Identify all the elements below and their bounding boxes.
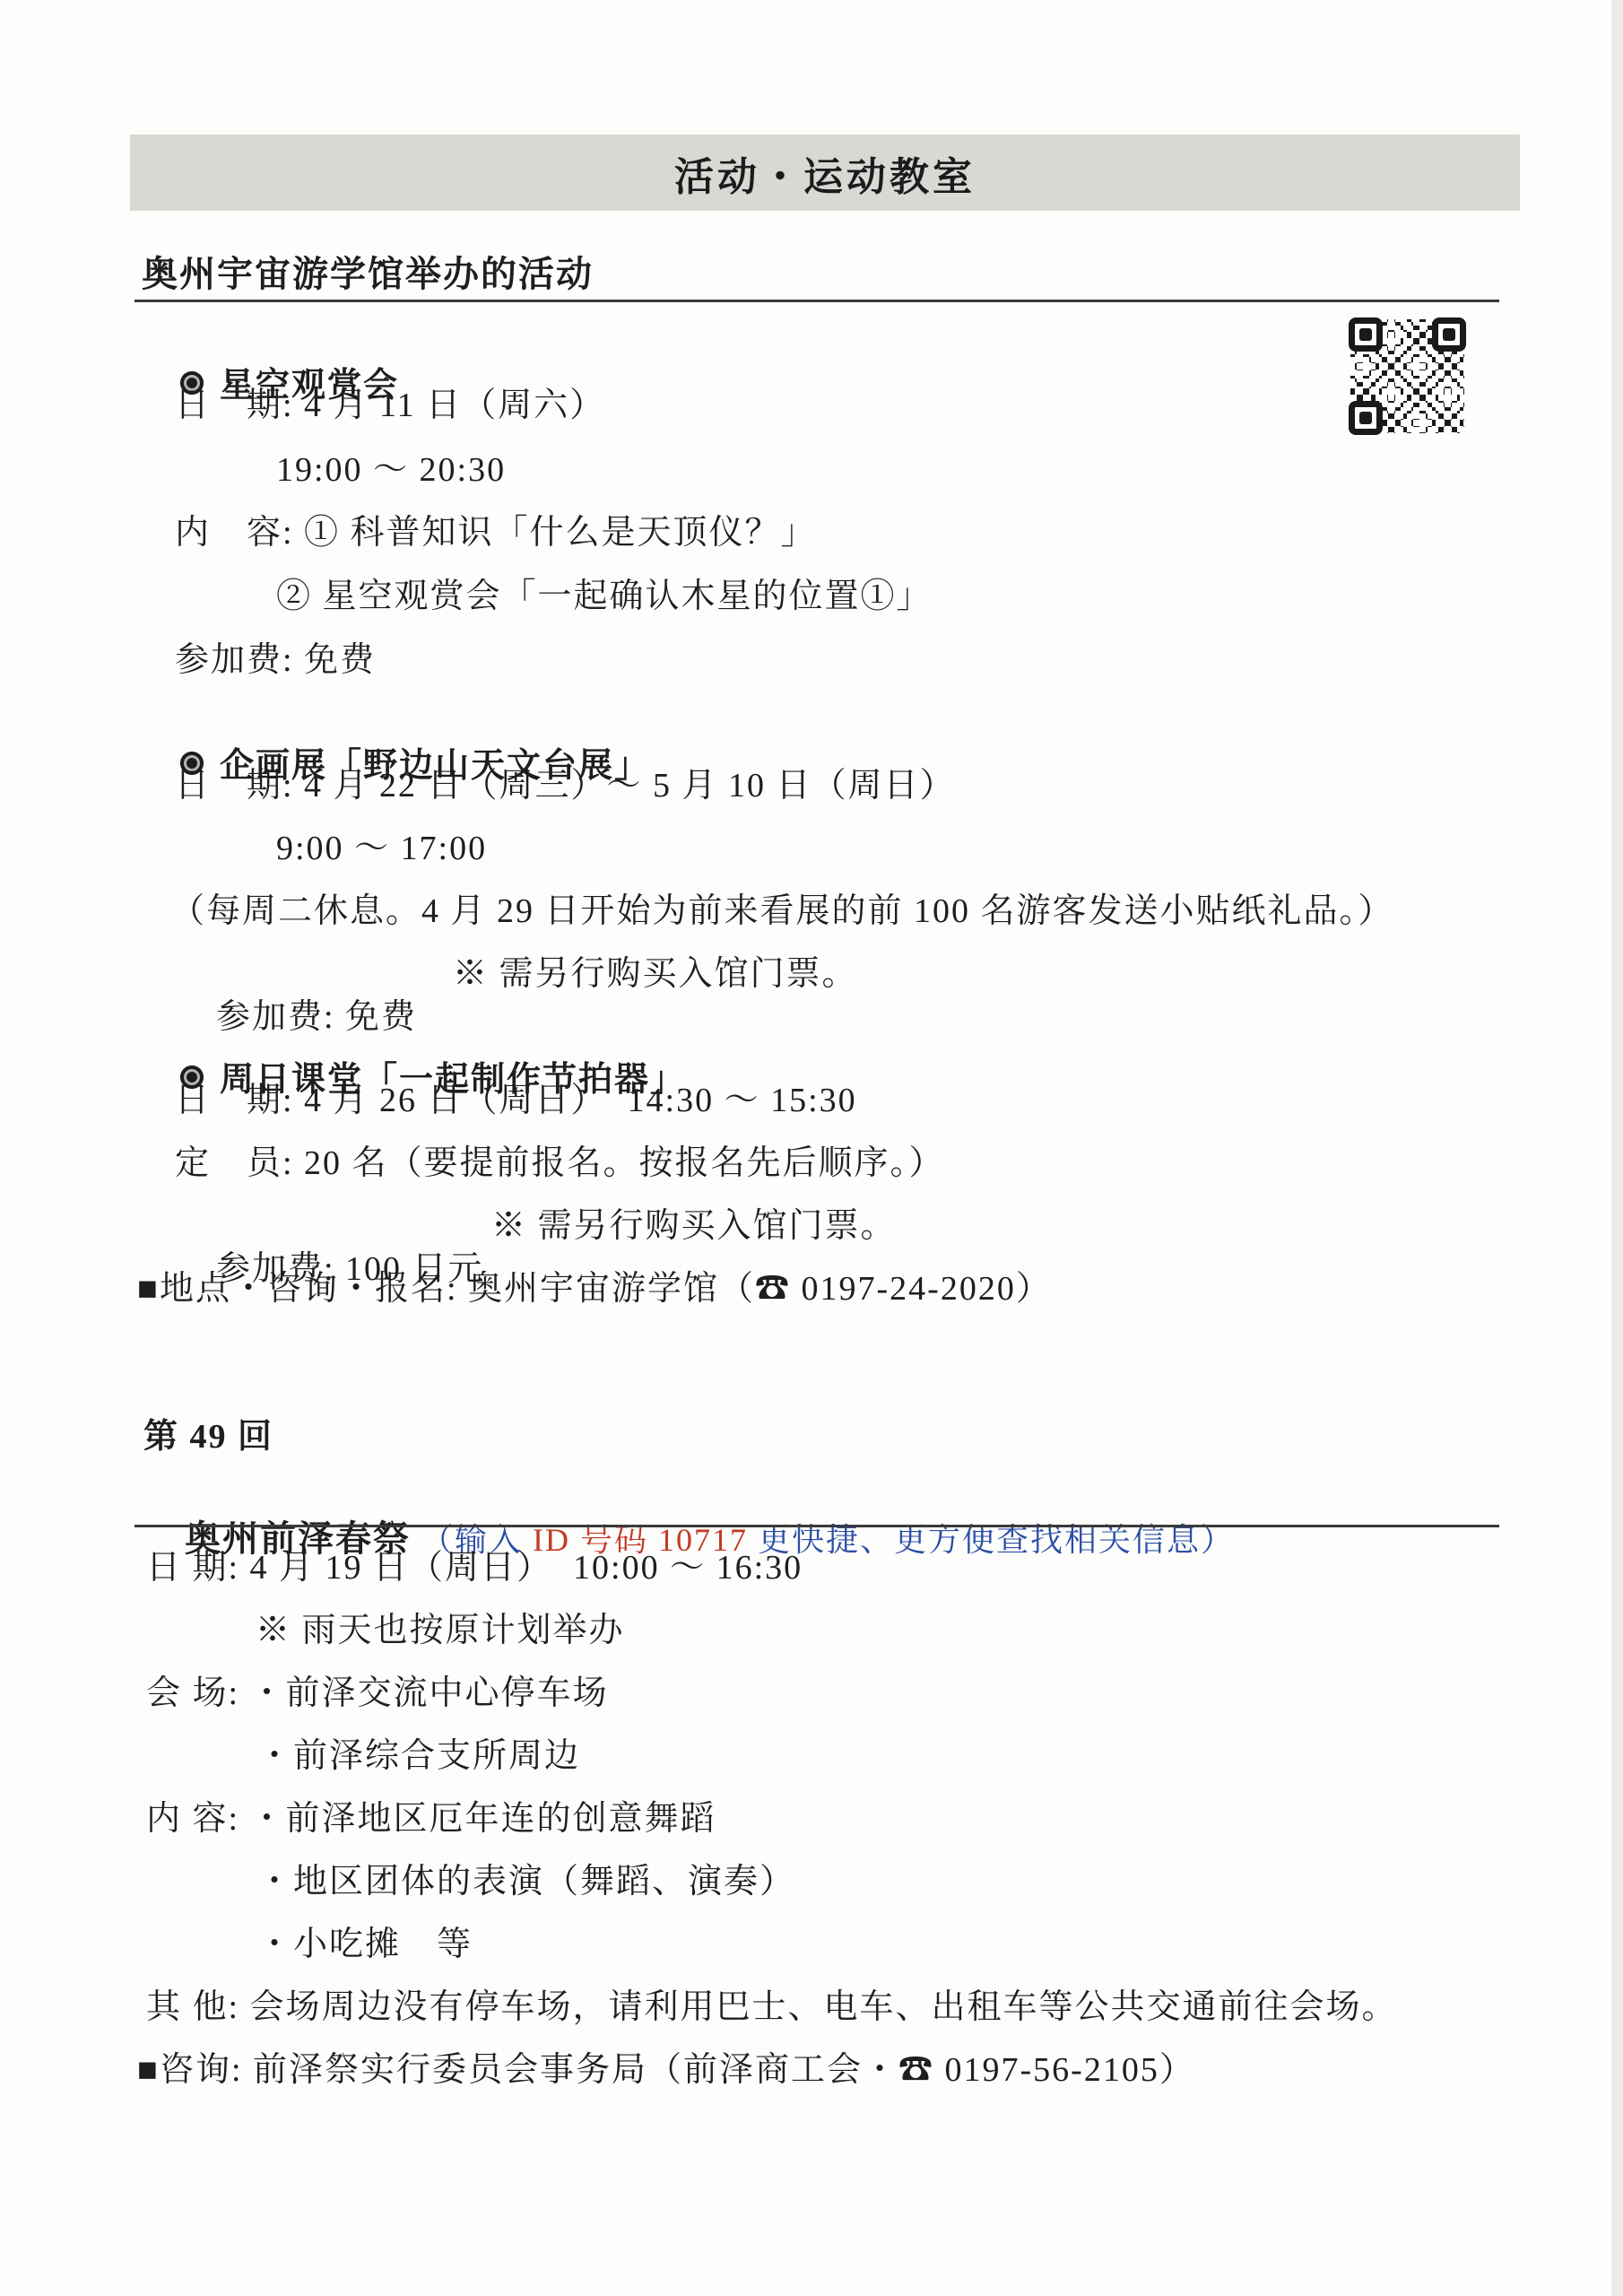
festival-date: 日 期: 4 月 19 日（周日） 10:00 ～ 16:30 (146, 1546, 803, 1589)
section-banner: 活动・运动教室 (130, 135, 1520, 211)
divider-rule (135, 300, 1499, 302)
event2-time: 9:00 ～ 17:00 (276, 827, 487, 870)
event3-fee-note: ※ 需另行购买入馆门票。 (491, 1205, 897, 1248)
festival-id-note-suffix: 更快捷、更方便查找相关信息） (748, 1522, 1235, 1558)
banner-title: 活动・运动教室 (674, 144, 976, 202)
festival-contact-line: ■咨询: 前泽祭实行委员会事务局（前泽商工会・☎ 0197-56-2105） (137, 2048, 1195, 2092)
event1-date: 日 期: 4 月 11 日（周六） (175, 384, 605, 427)
divider-rule (135, 1525, 1499, 1527)
festival-venue-2: ・前泽综合支所周边 (257, 1735, 580, 1778)
festival-edition: 第 49 回 (143, 1415, 273, 1458)
event1-content-2: ② 星空观赏会「一起确认木星的位置①」 (276, 575, 933, 618)
qr-finder-icon (1349, 317, 1383, 352)
event3-date: 日 期: 4 月 26 日（周日） 14:30 ～ 15:30 (175, 1079, 857, 1122)
museum-section-heading: 奥州宇宙游学馆举办的活动 (142, 253, 594, 296)
event3-capacity: 定 员: 20 名（要提前报名。按报名先后顺序。） (175, 1142, 945, 1185)
event2-note: （每周二休息。4 月 29 日开始为前来看展的前 100 名游客发送小贴纸礼品。… (170, 890, 1394, 933)
event1-time: 19:00 ～ 20:30 (276, 448, 506, 491)
event2-date: 日 期: 4 月 22 日（周三）～ 5 月 10 日（周日） (175, 764, 956, 807)
scan-edge-shadow (1611, 0, 1623, 2296)
museum-contact-line: ■地点・咨询・报名: 奥州宇宙游学馆（☎ 0197-24-2020） (137, 1267, 1052, 1310)
event1-fee: 参加费: 免费 (175, 639, 376, 682)
festival-content-1: 内 容: ・前泽地区厄年连的创意舞蹈 (146, 1797, 716, 1840)
festival-content-3: ・小吃摊 等 (257, 1923, 473, 1966)
qr-finder-icon (1432, 317, 1466, 352)
qr-code (1350, 319, 1464, 433)
event1-content-1: 内 容: ① 科普知识「什么是天顶仪？」 (175, 511, 817, 554)
festival-venue-1: 会 场: ・前泽交流中心停车场 (146, 1672, 609, 1715)
festival-content-2: ・地区团体的表演（舞蹈、演奏） (257, 1860, 795, 1903)
qr-finder-icon (1349, 401, 1383, 435)
festival-rain-note: ※ 雨天也按原计划举办 (256, 1609, 625, 1652)
document-page: 活动・运动教室 奥州宇宙游学馆举办的活动 星空观赏会 日 期: 4 月 11 日… (0, 0, 1623, 2296)
festival-other: 其 他: 会场周边没有停车场，请利用巴士、电车、出租车等公共交通前往会场。 (146, 1986, 1398, 2029)
event2-fee-note: ※ 需另行购买入馆门票。 (453, 952, 858, 996)
